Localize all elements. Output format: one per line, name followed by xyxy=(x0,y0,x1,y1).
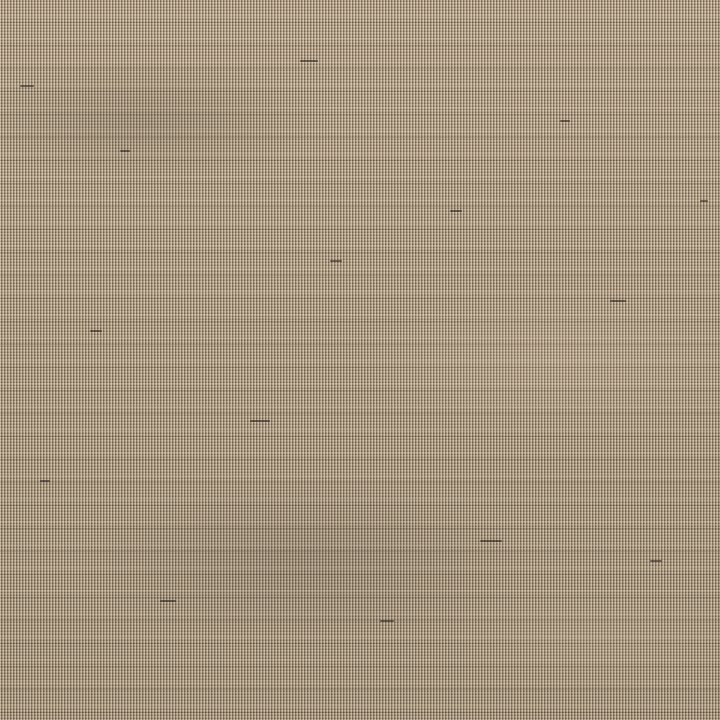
fleck xyxy=(700,200,708,202)
fleck xyxy=(610,300,626,302)
fleck xyxy=(450,210,462,212)
fleck xyxy=(380,620,394,622)
woven-textile xyxy=(0,0,720,720)
fleck xyxy=(650,560,662,562)
fleck xyxy=(480,540,502,542)
fleck xyxy=(300,60,318,62)
fleck xyxy=(90,330,102,332)
fleck xyxy=(250,420,270,422)
fleck xyxy=(120,150,130,152)
fleck xyxy=(40,480,50,482)
fleck xyxy=(160,600,176,602)
tonal-variation xyxy=(0,0,720,720)
fleck xyxy=(330,260,342,262)
fleck xyxy=(560,120,570,122)
fleck xyxy=(20,85,34,87)
